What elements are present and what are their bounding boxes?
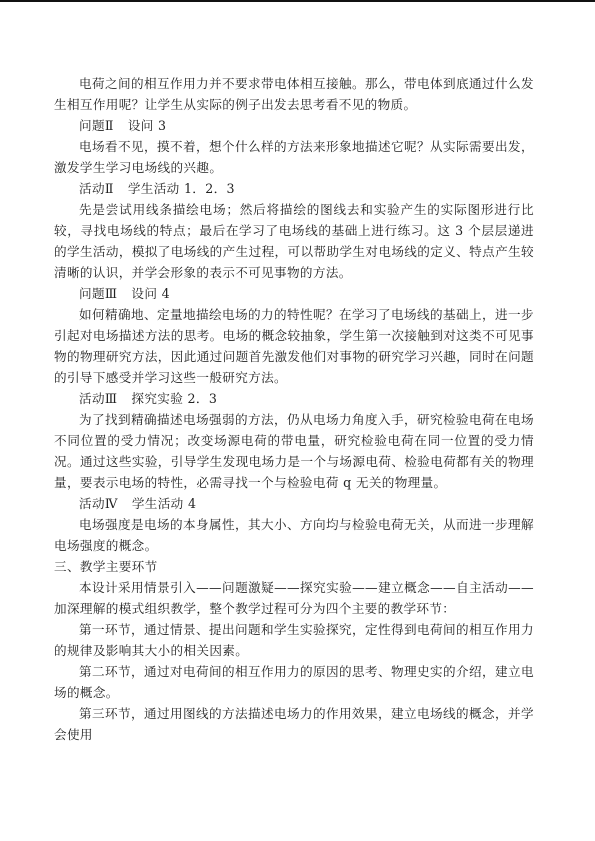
paragraph-stage-3: 第三环节，通过用图线的方法描述电场力的作用效果，建立电场线的概念，并学会使用 [54,703,534,745]
paragraph-teaching-model: 本设计采用情景引入——问题激疑——探究实验——建立概念——自主活动——加深理解的… [54,577,534,619]
heading-activity-3: 活动Ⅲ探究实验 2．3 [54,388,534,409]
paragraph-field-strength-property: 电场强度是电场的本身属性，其大小、方向均与检验电荷无关，从而进一步理解电场强度的… [54,514,534,556]
document-page: 电荷之间的相互作用力并不要求带电体相互接触。那么，带电体到底通过什么发生相互作用… [54,73,534,745]
section-title-teaching-stages: 三、教学主要环节 [54,556,534,577]
heading-activity-4: 活动Ⅳ学生活动 4 [54,493,534,514]
heading-activity-2: 活动Ⅱ学生活动 1．2．3 [54,178,534,199]
heading-label: 活动Ⅳ [79,496,118,511]
heading-label: 问题Ⅲ [79,286,117,301]
paragraph-quantitative-description: 如何精确地、定量地描绘电场的力的特性呢？在学习了电场线的基础上，进一步引起对电场… [54,304,534,388]
paragraph-field-lines-activity: 先是尝试用线条描绘电场；然后将描绘的图线去和实验产生的实际图形进行比较，寻找电场… [54,199,534,283]
heading-title: 学生活动 1．2．3 [128,181,235,196]
paragraph-interaction-without-contact: 电荷之间的相互作用力并不要求带电体相互接触。那么，带电体到底通过什么发生相互作用… [54,73,534,115]
heading-title: 设问 4 [131,286,170,301]
page-top-border [0,0,595,2]
paragraph-stage-2: 第二环节，通过对电荷间的相互作用力的原因的思考、物理史实的介绍，建立电场的概念。 [54,661,534,703]
heading-question-3: 问题Ⅲ设问 4 [54,283,534,304]
heading-question-2: 问题Ⅱ设问 3 [54,115,534,136]
paragraph-stage-1: 第一环节，通过情景、提出问题和学生实验探究，定性得到电荷间的相互作用力的规律及影… [54,619,534,661]
heading-label: 问题Ⅱ [79,118,114,133]
paragraph-field-strength-experiment: 为了找到精确描述电场强弱的方法，仍从电场力角度入手，研究检验电荷在电场不同位置的… [54,409,534,493]
paragraph-describe-field: 电场看不见，摸不着，想个什么样的方法来形象地描述它呢？从实际需要出发，激发学生学… [54,136,534,178]
heading-title: 设问 3 [128,118,167,133]
heading-title: 学生活动 4 [132,496,197,511]
heading-label: 活动Ⅲ [79,391,117,406]
heading-label: 活动Ⅱ [79,181,114,196]
heading-title: 探究实验 2．3 [131,391,217,406]
